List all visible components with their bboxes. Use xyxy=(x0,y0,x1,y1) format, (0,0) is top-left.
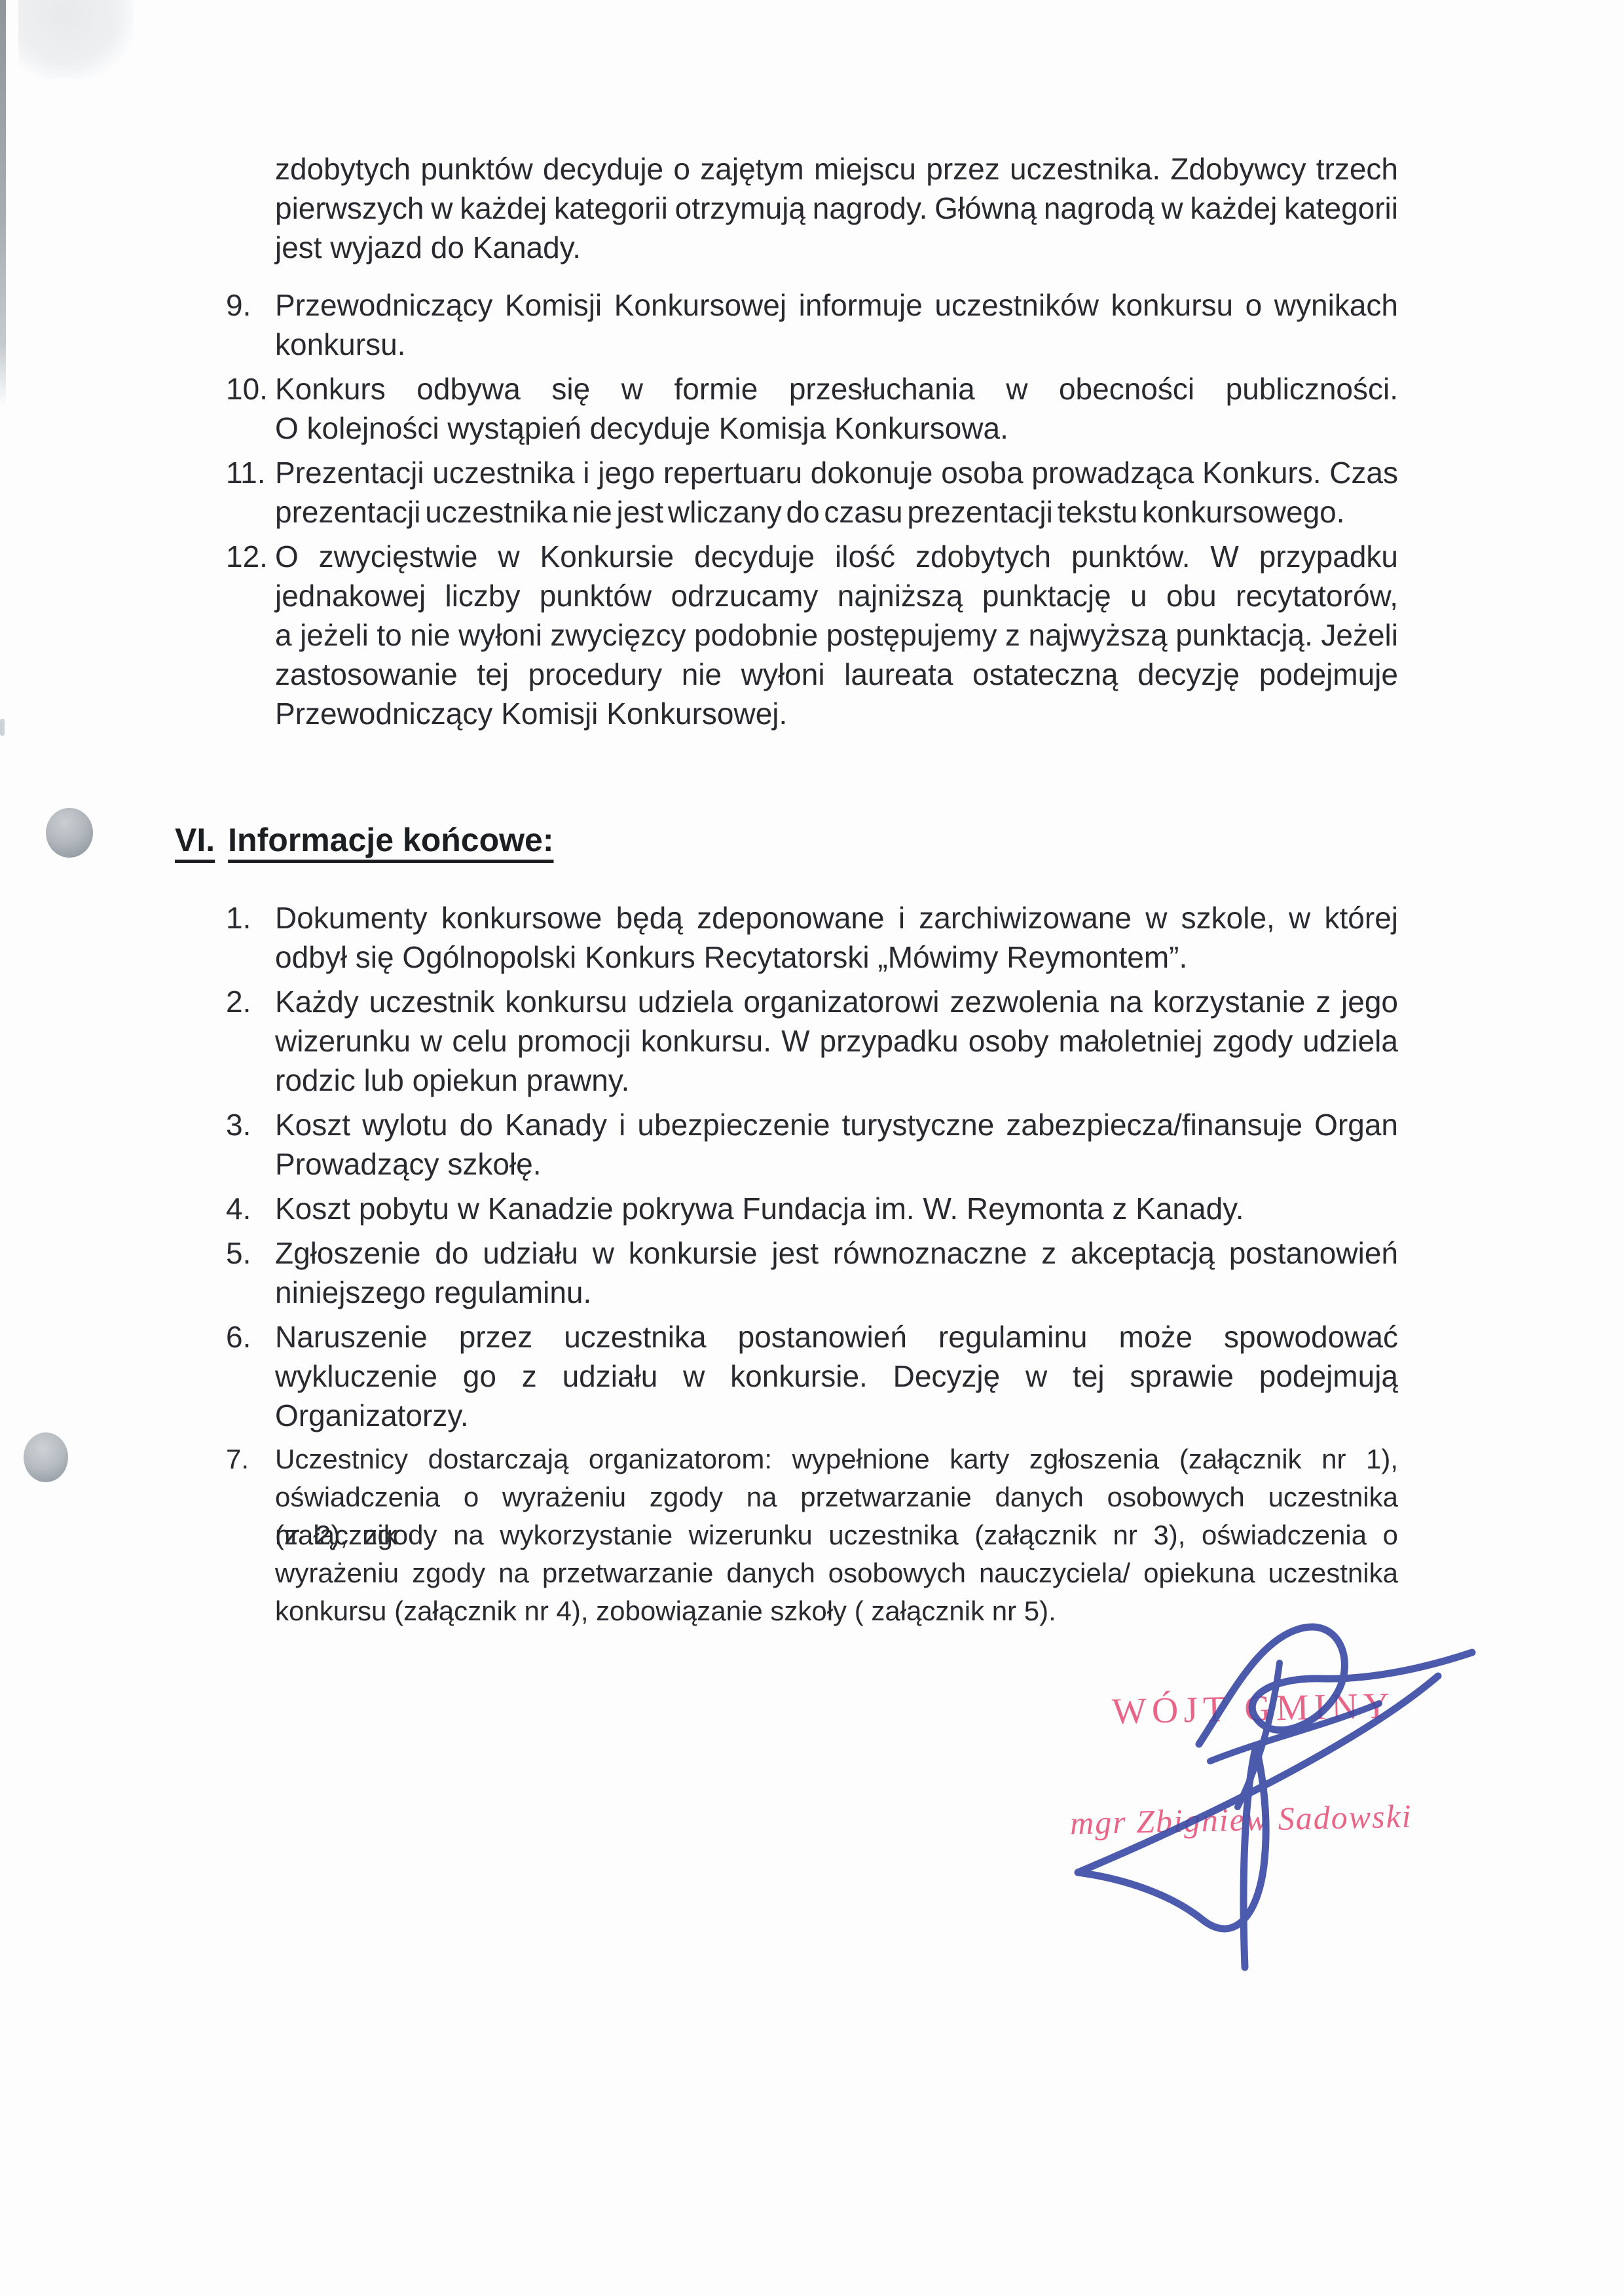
final-item-3: 3. Koszt wylotu do Kanady i ubezpieczeni… xyxy=(226,1105,1398,1184)
list-number: 2. xyxy=(226,982,275,1100)
list-item-line: Przewodniczący Komisji Konkursowej infor… xyxy=(275,285,1398,325)
list-item-line: Koszt wylotu do Kanady i ubezpieczenie t… xyxy=(275,1105,1398,1144)
list-item-line: Przewodniczący Komisji Konkursowej. xyxy=(275,694,1398,733)
list-number: 5. xyxy=(226,1233,275,1312)
scan-corner-smudge xyxy=(18,0,133,79)
list-item-9: 9. Przewodniczący Komisji Konkursowej in… xyxy=(226,285,1398,364)
list-item-line: Każdy uczestnik konkursu udziela organiz… xyxy=(275,982,1398,1021)
list-item-line: nr 2), zgody na wykorzystanie wizerunku … xyxy=(275,1516,1398,1554)
list-item-10: 10. Konkurs odbywa się w formie przesłuc… xyxy=(226,369,1398,448)
section-numeral: VI. xyxy=(175,822,215,858)
list-item-line: a jeżeli to nie wyłoni zwycięzcy podobni… xyxy=(275,615,1398,655)
list-item-12: 12. O zwycięstwie w Konkursie decyduje i… xyxy=(226,537,1398,733)
final-item-6: 6. Naruszenie przez uczestnika postanowi… xyxy=(226,1317,1398,1435)
list-item-line: Koszt pobytu w Kanadzie pokrywa Fundacja… xyxy=(275,1189,1398,1228)
list-item-line: O kolejności wystąpień decyduje Komisja … xyxy=(275,409,1398,448)
list-item-line: niniejszego regulaminu. xyxy=(275,1273,1398,1312)
scanned-document-page: zdobytych punktów decyduje o zajętym mie… xyxy=(0,0,1624,2296)
list-item-line: Prowadzący szkołę. xyxy=(275,1144,1398,1184)
list-item-line: jednakowej liczby punktów odrzucamy najn… xyxy=(275,576,1398,615)
final-item-7: 7. Uczestnicy dostarczają organizatorom:… xyxy=(226,1440,1398,1630)
list-item-11: 11. Prezentacji uczestnika i jego repert… xyxy=(226,453,1398,532)
list-item-line: O zwycięstwie w Konkursie decyduje ilość… xyxy=(275,537,1398,576)
list-item-line: konkursu. xyxy=(275,325,1398,364)
list-item-line: Konkurs odbywa się w formie przesłuchani… xyxy=(275,369,1398,409)
list-number: 3. xyxy=(226,1105,275,1184)
list-item-line: Uczestnicy dostarczają organizatorom: wy… xyxy=(275,1440,1398,1478)
list-number: 10. xyxy=(226,369,275,448)
section-title: Informacje końcowe: xyxy=(228,822,553,858)
final-item-4: 4. Koszt pobytu w Kanadzie pokrywa Funda… xyxy=(226,1189,1398,1228)
list-item-line: wyrażeniu zgody na przetwarzanie danych … xyxy=(275,1554,1398,1592)
hole-punch-mark-top xyxy=(46,808,93,858)
scanner-edge-shadow xyxy=(0,0,6,406)
list-item-line: zastosowanie tej procedury nie wyłoni la… xyxy=(275,655,1398,694)
list-item-line: wizerunku w celu promocji konkursu. W pr… xyxy=(275,1021,1398,1061)
list-item-line: prezentacji uczestnika nie jest wliczany… xyxy=(275,492,1398,532)
list-item-line: oświadczenia o wyrażeniu zgody na przetw… xyxy=(275,1478,1398,1516)
paragraph-line: zdobytych punktów decyduje o zajętym mie… xyxy=(275,149,1398,189)
list-number: 6. xyxy=(226,1317,275,1435)
paragraph-line: jest wyjazd do Kanady. xyxy=(275,228,1398,267)
list-item-line: wykluczenie go z udziału w konkursie. De… xyxy=(275,1357,1398,1396)
list-number: 7. xyxy=(226,1440,275,1630)
list-item-line: Dokumenty konkursowe będą zdeponowane i … xyxy=(275,898,1398,938)
final-item-1: 1. Dokumenty konkursowe będą zdeponowane… xyxy=(226,898,1398,977)
scanner-edge-speck xyxy=(0,719,5,736)
list-item-line: Naruszenie przez uczestnika postanowień … xyxy=(275,1317,1398,1357)
list-item-line: odbył się Ogólnopolski Konkurs Recytator… xyxy=(275,938,1398,977)
final-item-5: 5. Zgłoszenie do udziału w konkursie jes… xyxy=(226,1233,1398,1312)
section-heading: VI.Informacje końcowe: xyxy=(175,821,553,859)
list-number: 4. xyxy=(226,1189,275,1228)
list-item-line: Prezentacji uczestnika i jego repertuaru… xyxy=(275,453,1398,492)
list-number: 1. xyxy=(226,898,275,977)
list-item-line: Zgłoszenie do udziału w konkursie jest r… xyxy=(275,1233,1398,1273)
list-item-line: Organizatorzy. xyxy=(275,1396,1398,1435)
paragraph-line: pierwszych w każdej kategorii otrzymują … xyxy=(275,189,1398,228)
intro-paragraph: zdobytych punktów decyduje o zajętym mie… xyxy=(275,149,1398,267)
list-number: 9. xyxy=(226,285,275,364)
list-item-line: rodzic lub opiekun prawny. xyxy=(275,1061,1398,1100)
list-number: 12. xyxy=(226,537,275,733)
list-number: 11. xyxy=(226,453,275,532)
handwritten-signature-ink xyxy=(1046,1605,1505,1998)
hole-punch-mark-bottom xyxy=(24,1432,68,1482)
final-item-2: 2. Każdy uczestnik konkursu udziela orga… xyxy=(226,982,1398,1100)
